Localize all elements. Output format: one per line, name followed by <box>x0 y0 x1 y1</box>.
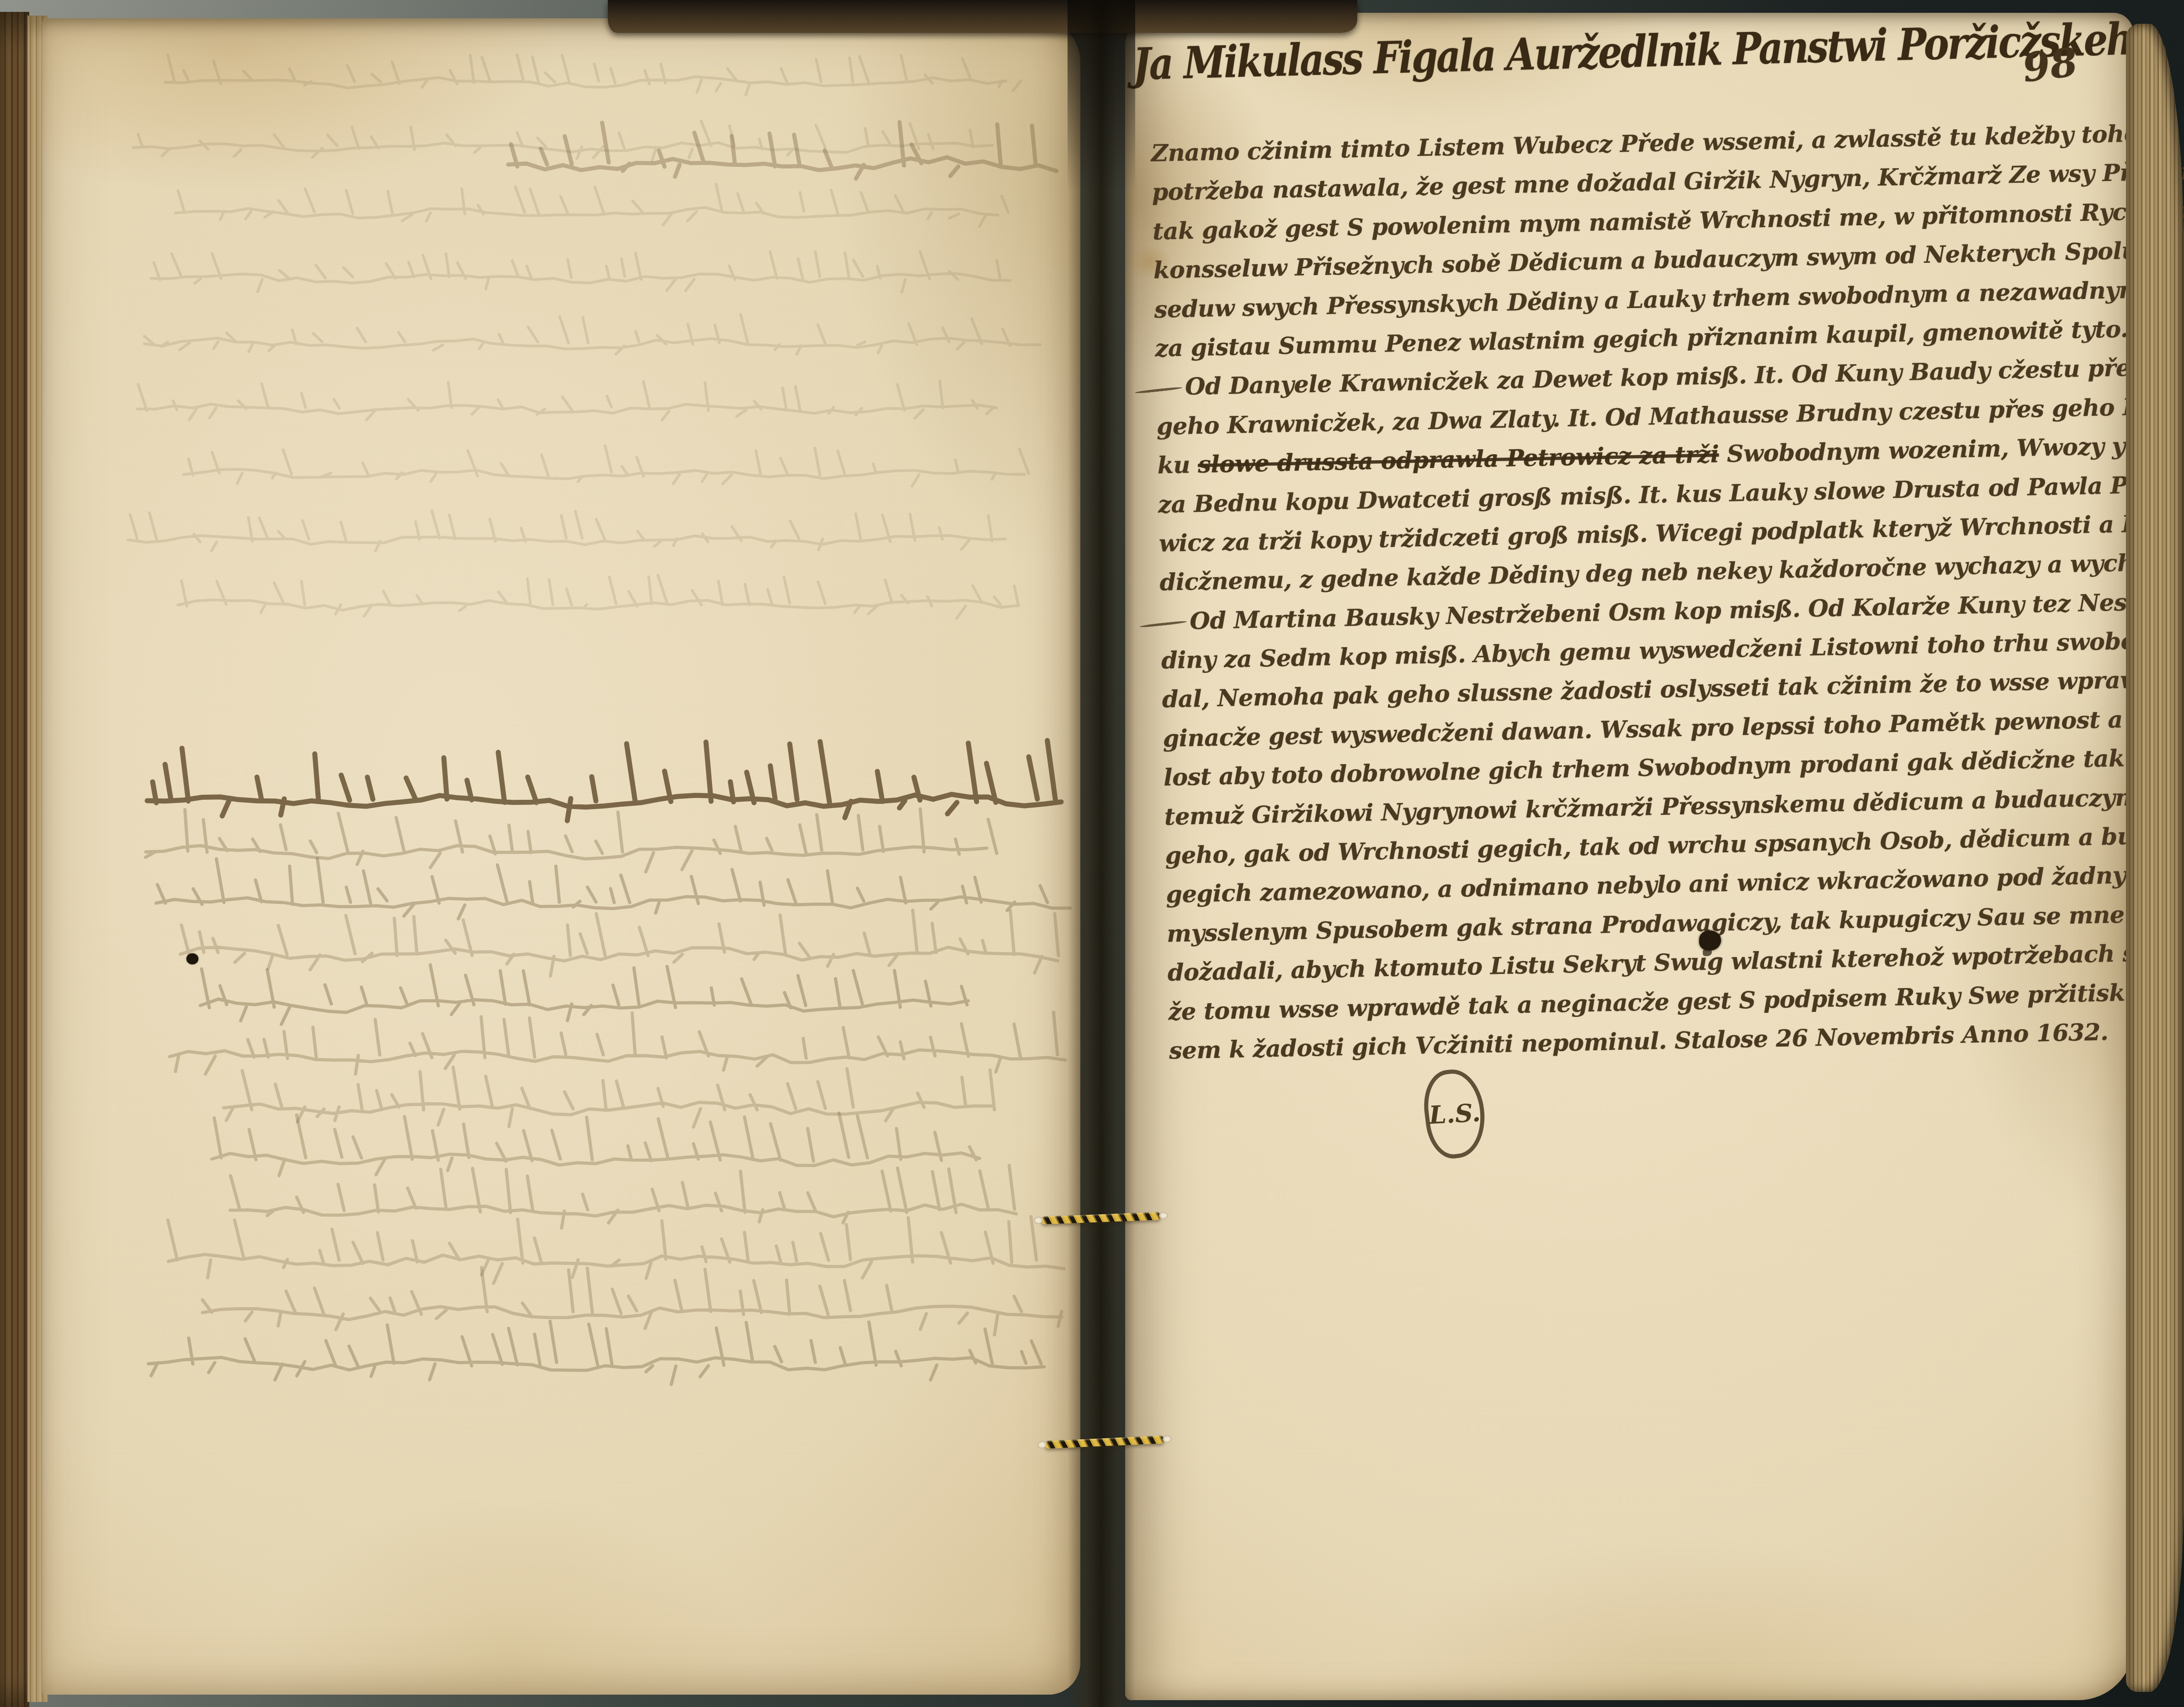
left-page <box>42 18 1080 1695</box>
ink-spot <box>186 953 198 964</box>
document-body: Znamo cžinim timto Listem Wubecz Přede w… <box>1151 115 2146 1071</box>
bleedthrough-ghost-writing <box>42 18 1080 1695</box>
right-page-stack-edges <box>2126 24 2184 1692</box>
book-board-edge <box>0 12 29 1707</box>
manuscript-scan: Ja Mikulass Figala Auržedlnik Panstwi Po… <box>0 0 2184 1707</box>
struck-text: slowe drussta odprawla Petrowicz za trži <box>1198 441 1719 479</box>
right-page: Ja Mikulass Figala Auržedlnik Panstwi Po… <box>1125 13 2133 1700</box>
book-top-edge <box>608 0 1357 33</box>
seal-mark: L.S. <box>1420 1066 1490 1161</box>
binding-gutter-shadow <box>1068 0 1135 1707</box>
seal-mark-label: L.S. <box>1428 1098 1481 1130</box>
text-segment: Swobodnym wozenim, Wwozy y Obili ad <box>1719 431 2184 468</box>
page-number: 98 <box>2020 39 2080 91</box>
text-segment: ku <box>1157 451 1198 479</box>
